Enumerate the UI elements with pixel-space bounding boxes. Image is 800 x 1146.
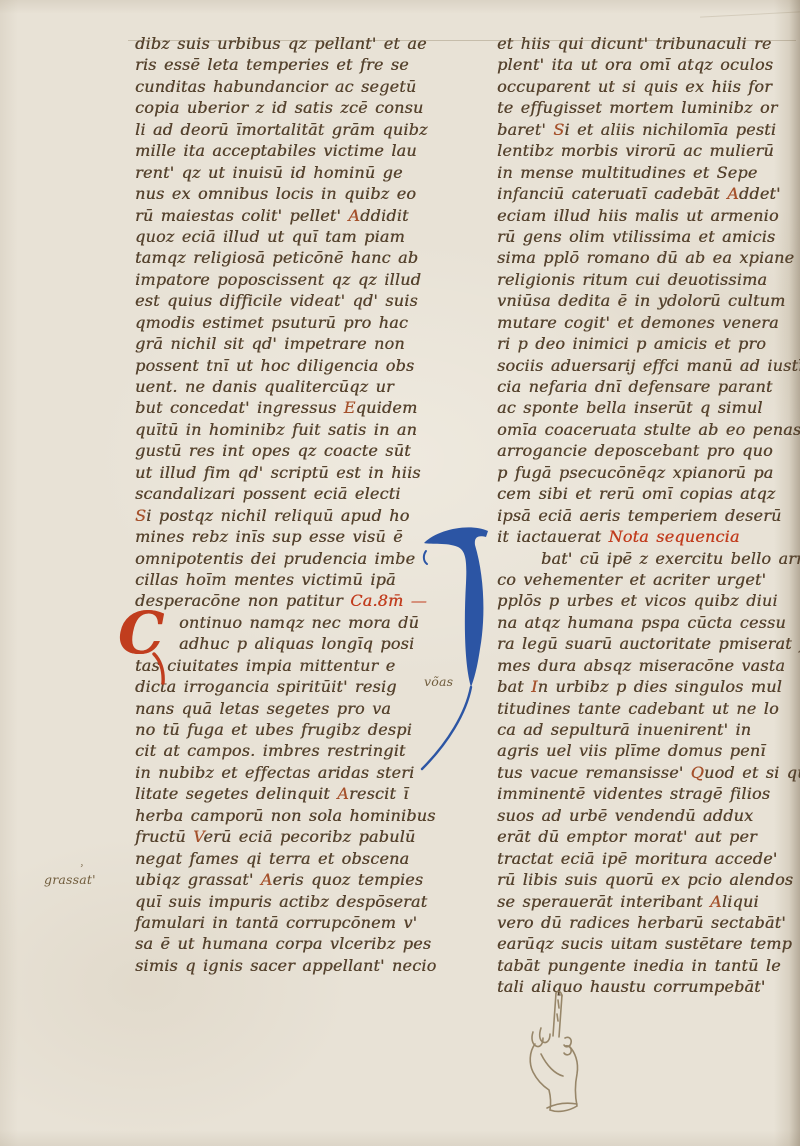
text-line: litate segetes delinquit Arescit ī [135, 783, 450, 804]
ruling-line-top-right [700, 11, 800, 17]
text-line: cia nefaria dnī defensare parant [497, 376, 797, 397]
text-line: tabāt pungente inedia in tantū le [497, 955, 797, 976]
text-line: it iactauerat Nota sequencia [497, 526, 797, 547]
text-line: est quius difficile videat' qd' suis [135, 290, 450, 311]
text-line: ris essē leta temperies et fre se [135, 54, 450, 75]
text-line: bat' cū ipē z exercitu bello armeni [497, 548, 797, 569]
manuscript-page: dibz suis urbibus qz pellant' et aeris e… [0, 0, 800, 1146]
text-line: ri p deo inimici p amicis et pro [497, 333, 797, 354]
text-line: fructū Verū eciā pecoribz pabulū [135, 826, 450, 847]
text-line: cem sibi et rerū omī copias atqz [497, 483, 797, 504]
text-line: negat fames qi terra et obscena [135, 848, 450, 869]
text-line: imminentē videntes stragē filios [497, 783, 797, 804]
text-line: et hiis qui dicunt' tribunaculi re [497, 33, 797, 54]
text-line: herba camporū non sola hominibus [135, 805, 450, 826]
text-line: ca ad sepulturā inuenirent' in [497, 719, 797, 740]
text-line: ra legū suarū auctoritate pmiserat fa [497, 633, 797, 654]
text-line: ut illud fim qd' scriptū est in hiis [135, 462, 450, 483]
text-line: titudines tante cadebant ut ne lo [497, 698, 797, 719]
text-line: omīa coaceruata stulte ab eo penas [497, 419, 797, 440]
text-line: nans quā letas segetes pro va [135, 698, 450, 719]
text-line: in nubibz et effectas aridas steri [135, 762, 450, 783]
manicule-pointing-hand-icon [525, 988, 607, 1120]
text-line: bat In urbibz p dies singulos mul [497, 676, 797, 697]
text-line: infanciū cateruatī cadebāt Addet' [497, 183, 797, 204]
text-line: vniūsa dedita ē in ydolorū cultum [497, 290, 797, 311]
text-line: plent' ita ut ora omī atqz oculos [497, 54, 797, 75]
text-line: suos ad urbē vendendū addux [497, 805, 797, 826]
blue-initial-letter-I [420, 523, 495, 778]
text-line: but concedat' ingressus Equidem [135, 397, 450, 418]
text-line: uent. ne danis qualitercūqz ur [135, 376, 450, 397]
text-line: cillas hoīm mentes victimū ipā [135, 569, 450, 590]
text-line: tractat eciā ipē moritura accede' [497, 848, 797, 869]
text-line: sa ē ut humana corpa vlceribz pes [135, 933, 450, 954]
red-initial-tail-flourish [150, 652, 172, 686]
text-line: tas ciuitates impia mittentur e [135, 655, 450, 676]
text-line: religionis ritum cui deuotissima [497, 269, 797, 290]
text-line: p fugā psecucōnēqz xpianorū pa [497, 462, 797, 483]
text-line: scandalizari possent eciā electi [135, 483, 450, 504]
text-line: ubiqz grassat' Aeris quoz tempies [135, 869, 450, 890]
text-line: in mense multitudines et Sepe [497, 162, 797, 183]
text-line: mille ita acceptabiles victime lau [135, 140, 450, 161]
text-line: ipsā eciā aeris temperiem deserū [497, 505, 797, 526]
text-line: quītū in hominibz fuit satis in an [135, 419, 450, 440]
text-line: earūqz sucis uitam sustētare temp [497, 933, 797, 954]
text-line: pplōs p urbes et vicos quibz diui [497, 590, 797, 611]
text-line: desperacōne non patitur Ca.8m̄ — [135, 590, 450, 611]
text-column-right: et hiis qui dicunt' tribunaculi replent'… [497, 33, 797, 998]
text-line: ontinuo namqz nec mora dū [135, 612, 450, 633]
text-line: vero dū radices herbarū sectabāt' [497, 912, 797, 933]
text-line: sociis aduersarij effci manū ad iustī [497, 355, 797, 376]
text-line: cit at campos. imbres restringit [135, 740, 450, 761]
text-line: qmodis estimet psuturū pro hac [135, 312, 450, 333]
text-line: copia uberior z id satis zcē consu [135, 97, 450, 118]
text-line: simis q ignis sacer appellant' necio [135, 955, 450, 976]
text-line: occuparent ut si quis ex hiis for [497, 76, 797, 97]
text-line: cunditas habundancior ac segetū [135, 76, 450, 97]
text-line: agris uel viis plīme domus penī [497, 740, 797, 761]
text-line: mines rebz inīs sup esse visū ē [135, 526, 450, 547]
text-column-left: dibz suis urbibus qz pellant' et aeris e… [135, 33, 450, 976]
text-line: tamqz religiosā peticōnē hanc ab [135, 247, 450, 268]
text-line: gustū res int opes qz coacte sūt [135, 440, 450, 461]
marginal-note-grassat: grassat' [44, 872, 96, 887]
text-line: dicta irrogancia spiritūit' resig [135, 676, 450, 697]
text-line: dibz suis urbibus qz pellant' et ae [135, 33, 450, 54]
text-line: impatore poposcissent qz qz illud [135, 269, 450, 290]
text-line: tus vacue remansisse' Quod et si qui [497, 762, 797, 783]
text-line: no tū fuga et ubes frugibz despi [135, 719, 450, 740]
text-line: rū maiestas colit' pellet' Addidit [135, 205, 450, 226]
text-line: ac sponte bella inserūt q simul [497, 397, 797, 418]
text-line: sima pplō romano dū ab ea xpiane [497, 247, 797, 268]
text-line: quoz eciā illud ut quī tam piam [135, 226, 450, 247]
text-line: nus ex omnibus locis in quibz eo [135, 183, 450, 204]
text-line: rū gens olim vtilissima et amicis [497, 226, 797, 247]
text-line: quī suis impuris actibz despōserat [135, 891, 450, 912]
text-line: eciam illud hiis malis ut armenio [497, 205, 797, 226]
text-line: baret' Si et aliis nichilomīa pesti [497, 119, 797, 140]
text-line: grā nichil sit qd' impetrare non [135, 333, 450, 354]
text-line: rū libis suis quorū ex pcio alendos [497, 869, 797, 890]
text-line: adhuc p aliquas longīq posi [135, 633, 450, 654]
text-line: arrogancie deposcebant pro quo [497, 440, 797, 461]
text-line: li ad deorū īmortalitāt grām quibz [135, 119, 450, 140]
text-line: co vehementer et acriter urget' [497, 569, 797, 590]
marginal-note-mark: ˒ [80, 860, 83, 873]
text-line: rent' qz ut inuisū id hominū ge [135, 162, 450, 183]
text-line: na atqz humana pspa cūcta cessu [497, 612, 797, 633]
text-line: se sperauerāt interibant Aliqui [497, 891, 797, 912]
text-line: te effugisset mortem luminibz or [497, 97, 797, 118]
text-line: possent tnī ut hoc diligencia obs [135, 355, 450, 376]
text-line: lentibz morbis virorū ac mulierū [497, 140, 797, 161]
text-line: omnipotentis dei prudencia imbe [135, 548, 450, 569]
text-line: mes dura absqz miseracōne vasta [497, 655, 797, 676]
text-line: erāt dū emptor morat' aut per [497, 826, 797, 847]
text-line: mutare cogit' et demones venera [497, 312, 797, 333]
text-line: famulari in tantā corrupcōnem v' [135, 912, 450, 933]
text-line: Si postqz nichil reliquū apud ho [135, 505, 450, 526]
marginal-note-vocas: võas [424, 674, 453, 689]
